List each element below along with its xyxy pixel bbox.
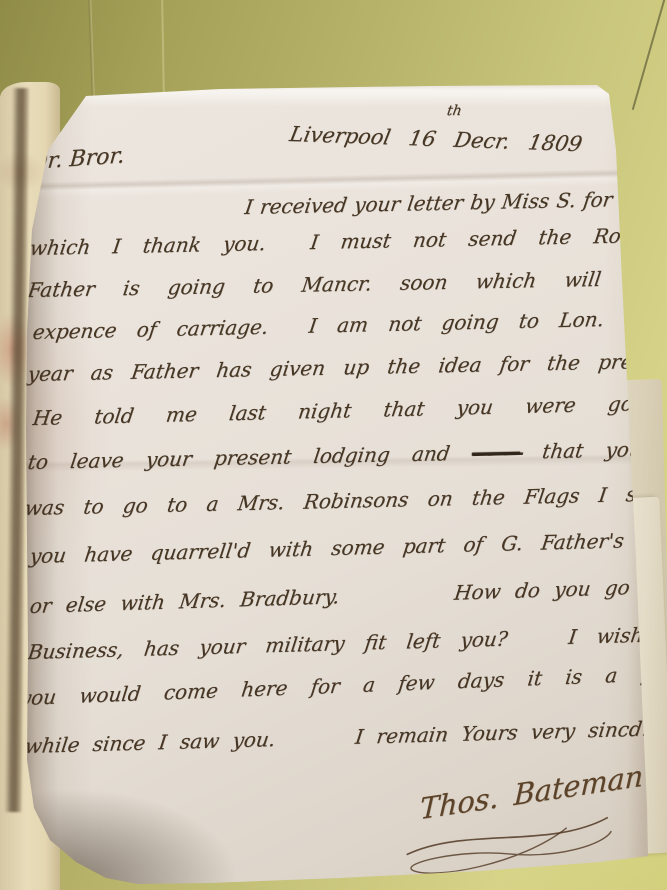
body-line-with-strikethrough: to leave your present lodging and ——— th… bbox=[26, 437, 643, 474]
body-line: Father is going to Mancr. soon which wil… bbox=[26, 266, 667, 302]
body-line: year as Father has given up the idea for… bbox=[26, 348, 667, 386]
text-before-strike: to leave your present lodging and bbox=[26, 441, 473, 474]
letter-paper: th Liverpool 16 Decr. 1809 Dr. Bror. I r… bbox=[0, 0, 667, 890]
body-line: or else with Mrs. Bradbury. How do you g… bbox=[28, 573, 667, 618]
backdrop-crease bbox=[161, 0, 165, 92]
dateline-superscript: th bbox=[446, 103, 463, 119]
body-line: while since I saw you. I remain Yours ve… bbox=[23, 717, 649, 759]
body-line: Business, has your military fit left you… bbox=[26, 623, 645, 664]
sleeve-edge-line bbox=[632, 0, 666, 110]
body-line: expence of carriage. I am not going to L… bbox=[31, 306, 663, 344]
backdrop-crease bbox=[88, 0, 94, 96]
body-line: was to go to a Mrs. Robinsons on the Fla… bbox=[23, 480, 667, 520]
body-line: I received your letter by Miss S. for bbox=[243, 187, 614, 219]
body-line: which I thank you. I must not send the R… bbox=[28, 223, 665, 260]
photo-of-letter: th Liverpool 16 Decr. 1809 Dr. Bror. I r… bbox=[0, 0, 667, 890]
body-line: you have quarrell'd with some part of G.… bbox=[28, 526, 667, 568]
dateline: Liverpool 16 Decr. 1809 bbox=[288, 122, 585, 156]
text-after-strike: that you bbox=[518, 437, 643, 464]
body-line: you would come here for a few days it is… bbox=[19, 660, 667, 710]
body-line: He told me last night that you were goin… bbox=[31, 391, 666, 431]
struck-out-word: ——— bbox=[471, 440, 522, 465]
